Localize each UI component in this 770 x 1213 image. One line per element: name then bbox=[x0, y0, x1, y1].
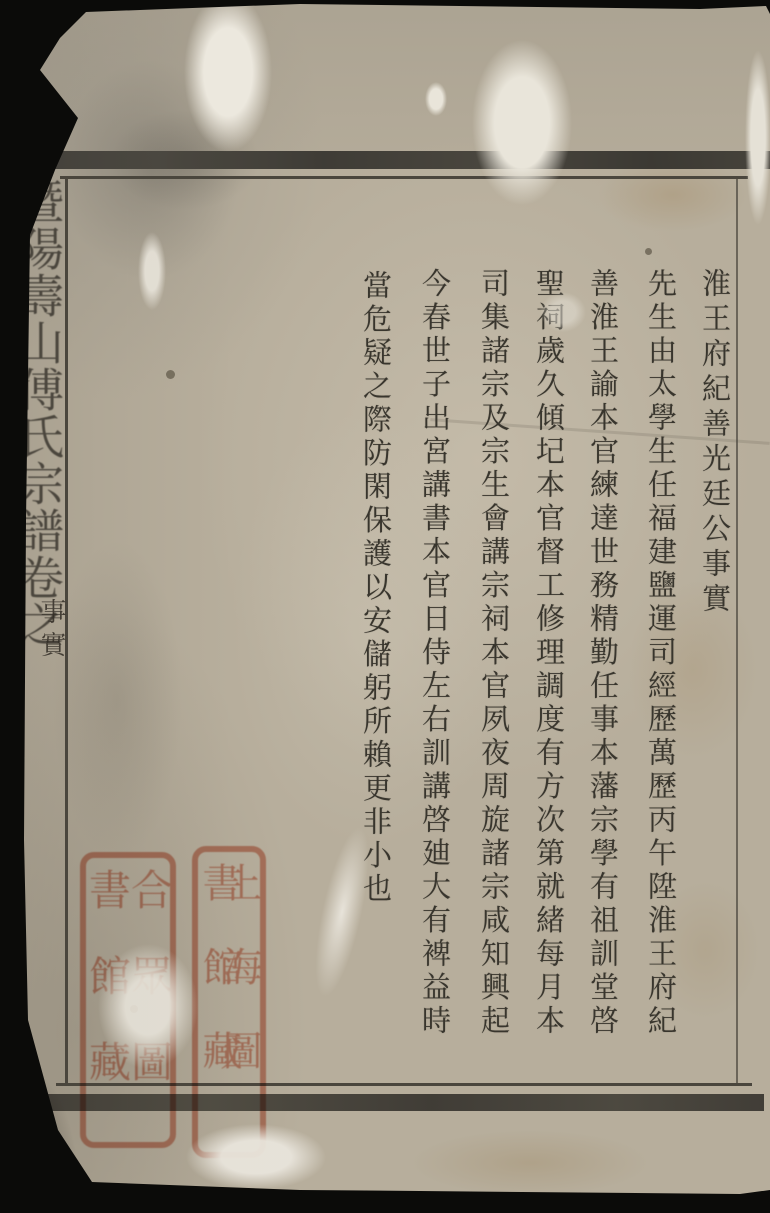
text-column: 先生由太學生任福建鹽運司經歷萬歷丙午陞淮王府紀 bbox=[644, 268, 678, 1039]
spine-title: 暨陽壽山傅氏宗譜卷之 bbox=[12, 178, 64, 648]
text-column: 今春世子出宮講書本官日侍左右訓講啓廸大有裨益時 bbox=[418, 268, 452, 1039]
text-column: 司集諸宗及宗生會講宗祠本官夙夜周旋諸宗咸知興起 bbox=[477, 268, 511, 1039]
heading-column: 淮王府紀善光廷公事實 bbox=[698, 268, 732, 618]
ink-speck bbox=[166, 370, 175, 379]
torn-patch bbox=[298, 819, 386, 1006]
torn-patch bbox=[186, 1124, 326, 1190]
frame-top-line bbox=[60, 176, 748, 179]
torn-patch bbox=[184, 0, 272, 152]
text-column: 當危疑之際防閑保護以安儲躬所賴更非小也 bbox=[359, 270, 393, 907]
library-seal-right: 上海圖 書館藏 bbox=[192, 846, 266, 1158]
seal-text: 書館藏 bbox=[198, 862, 240, 1114]
scanned-page: 暨陽壽山傅氏宗譜卷之 事實 淮王府紀善光廷公事實 先生由太學生任福建鹽運司經歷萬… bbox=[0, 0, 770, 1213]
frame-top-band bbox=[26, 151, 770, 169]
text-column: 聖祠歲久傾圮本官督工修理調度有方次第就緒每月本 bbox=[532, 268, 566, 1039]
torn-patch bbox=[138, 232, 166, 310]
torn-patch bbox=[540, 292, 586, 332]
text-column: 善淮王諭本官練達世務精勤任事本藩宗學有祖訓堂啓 bbox=[586, 268, 620, 1039]
stain bbox=[52, 540, 182, 860]
stain bbox=[598, 158, 748, 232]
page-paper: 暨陽壽山傅氏宗譜卷之 事實 淮王府紀善光廷公事實 先生由太學生任福建鹽運司經歷萬… bbox=[0, 0, 770, 1213]
frame-right-border bbox=[0, 0, 17, 918]
torn-patch bbox=[472, 40, 572, 205]
torn-patch bbox=[425, 82, 447, 116]
frame-right-inner-line bbox=[736, 176, 738, 1086]
ink-speck bbox=[645, 248, 652, 255]
bottom-left-edge-shadow bbox=[14, 990, 144, 1200]
stain bbox=[410, 1130, 650, 1196]
spine-section-label: 事實 bbox=[36, 598, 66, 664]
torn-patch bbox=[745, 50, 770, 225]
